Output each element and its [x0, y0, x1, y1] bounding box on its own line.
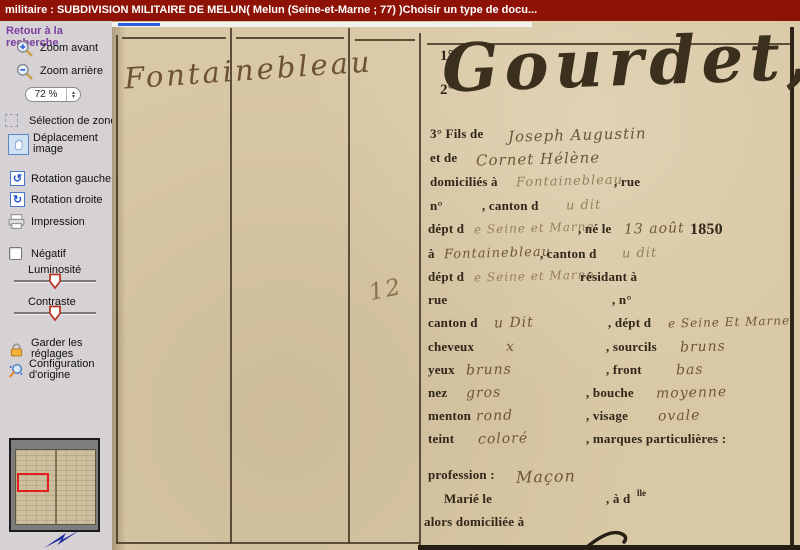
ink-flourish — [582, 526, 642, 548]
viewer-window: militaire : SUBDIVISION MILITAIRE DE MEL… — [0, 0, 800, 550]
padlock-icon — [8, 341, 25, 358]
doc-text-segment: 2° — [440, 82, 454, 99]
doc-text-segment: , à d — [606, 491, 630, 507]
page-top-edge — [112, 22, 532, 27]
doc-text-segment: 1° — [440, 48, 454, 65]
print-label: Impression — [31, 216, 85, 228]
doc-text-segment: u dit — [566, 198, 602, 214]
doc-text-segment: coloré — [478, 430, 529, 447]
contrast-slider[interactable] — [12, 304, 98, 326]
doc-text-segment: profession : — [428, 467, 495, 483]
doc-text-segment: menton — [428, 408, 471, 424]
doc-text-segment: Fontainebleau — [516, 173, 623, 191]
handwritten-column-number: 12 — [367, 274, 405, 306]
doc-text-segment: , canton d — [540, 246, 597, 262]
doc-text-segment: u dit — [622, 246, 658, 262]
original-config-label-line2: d'origine — [29, 370, 94, 381]
doc-text-segment: x — [506, 339, 515, 355]
ruled-line — [348, 28, 350, 543]
toolbar-sidebar: Retour à la recherche Zoom avant Zoom ar… — [0, 21, 112, 550]
doc-text-segment: yeux — [428, 362, 455, 378]
doc-text-segment: Marié le — [444, 491, 492, 507]
slider-thumb-icon[interactable] — [49, 273, 62, 295]
rotate-left-icon: ↺ — [10, 171, 25, 186]
doc-text-segment: e Seine et Marne — [474, 219, 595, 236]
ruled-line — [419, 33, 421, 545]
doc-text-segment: , dépt d — [608, 315, 651, 331]
negative-label: Négatif — [31, 248, 66, 260]
doc-text-segment: e Seine Et Marne — [668, 313, 790, 330]
doc-text-segment: , bouche — [586, 385, 634, 401]
doc-text-segment: et de — [430, 150, 457, 166]
doc-text-segment: , sourcils — [606, 339, 657, 355]
ruled-line — [236, 37, 344, 39]
printer-icon — [7, 213, 26, 230]
stepper-arrows-icon[interactable]: ▲▼ — [66, 88, 80, 101]
move-image-label-line2: image — [33, 144, 98, 155]
zone-selection-label: Sélection de zone — [29, 115, 116, 127]
doc-text-segment: Cornet Hélène — [476, 148, 601, 169]
rotate-left-label: Rotation gauche — [31, 173, 111, 185]
doc-text-segment: résidant à — [580, 269, 637, 285]
rotate-right-button[interactable]: ↻ Rotation droite — [10, 192, 103, 207]
magnifier-plus-icon — [15, 39, 33, 57]
doc-text-segment: rue — [428, 292, 447, 308]
thumbnail-viewport-rect[interactable] — [17, 473, 49, 492]
handwritten-place-name: Fontainebleau — [123, 44, 373, 95]
blue-edge-mark — [118, 23, 160, 26]
doc-text-segment: Joseph Augustin — [508, 124, 647, 146]
doc-text-segment: , n° — [612, 292, 632, 308]
doc-text-segment: dépt d — [428, 221, 464, 237]
ruled-line — [122, 37, 226, 39]
ruled-line — [355, 39, 415, 41]
ruled-line — [790, 27, 794, 550]
zoom-in-label: Zoom avant — [40, 42, 98, 54]
window-title-bar: militaire : SUBDIVISION MILITAIRE DE MEL… — [0, 0, 800, 21]
zoom-level-stepper[interactable]: 72 % ▲▼ — [25, 87, 81, 102]
doc-text-segment: bruns — [680, 338, 726, 355]
doc-text-segment: cheveux — [428, 339, 474, 355]
doc-text-segment: alors domiciliée à — [424, 514, 524, 530]
doc-text-segment: 3° Fils de — [430, 126, 483, 142]
brightness-slider[interactable] — [12, 272, 98, 294]
doc-text-segment: , né le — [578, 221, 612, 237]
doc-text-segment: Maçon — [516, 466, 576, 487]
doc-text-segment: Fontainebleau — [444, 245, 551, 263]
zoom-in-button[interactable]: Zoom avant — [15, 39, 98, 57]
document-image[interactable]: Fontainebleau Gourdet, 12 1°2°3° Fils de… — [112, 21, 800, 550]
magnifier-minus-icon — [15, 62, 33, 80]
checkbox-icon[interactable] — [9, 247, 22, 260]
move-image-button[interactable]: Déplacement image — [8, 133, 98, 155]
doc-text-segment: domiciliés à — [430, 174, 498, 190]
doc-text-segment: , front — [606, 362, 642, 378]
magnifier-config-icon — [7, 362, 24, 379]
doc-text-segment: u Dit — [494, 314, 534, 331]
doc-text-segment: bas — [676, 362, 704, 379]
keep-settings-button[interactable]: Garder les réglages — [8, 338, 82, 360]
doc-text-segment: rond — [476, 408, 514, 425]
handwritten-surname: Gourdet, — [441, 21, 800, 107]
rotate-right-label: Rotation droite — [31, 194, 103, 206]
doc-text-segment: , marques particulières : — [586, 431, 726, 447]
original-config-button[interactable]: Configuration d'origine — [7, 359, 94, 381]
ruled-line — [116, 35, 118, 543]
negative-toggle[interactable]: Négatif — [9, 247, 66, 260]
rotate-left-button[interactable]: ↺ Rotation gauche — [10, 171, 111, 186]
thumbnail-page-gutter — [55, 450, 57, 524]
doc-text-segment: , canton d — [482, 198, 539, 214]
doc-text-segment: bruns — [466, 361, 512, 378]
zoom-out-label: Zoom arrière — [40, 65, 103, 77]
doc-text-segment: teint — [428, 431, 454, 447]
doc-text-segment: ovale — [658, 407, 701, 424]
doc-text-segment: , visage — [586, 408, 628, 424]
print-button[interactable]: Impression — [7, 213, 85, 230]
doc-text-segment: 13 août — [624, 220, 685, 238]
doc-text-segment: n° — [430, 198, 443, 214]
arrow-logo-icon — [44, 530, 80, 550]
zone-selection-button[interactable]: Sélection de zone — [5, 114, 116, 127]
window-title: militaire : SUBDIVISION MILITAIRE DE MEL… — [5, 4, 537, 16]
zoom-level-value: 72 % — [26, 89, 66, 100]
ruled-line — [230, 28, 232, 543]
doc-text-segment: canton d — [428, 315, 478, 331]
doc-text-segment: , rue — [614, 174, 640, 190]
thumbnail-navigator[interactable] — [9, 438, 100, 532]
hand-icon — [8, 134, 29, 155]
doc-text-segment: gros — [466, 385, 502, 402]
doc-text-segment: 1850 — [690, 221, 723, 239]
rotate-right-icon: ↻ — [10, 192, 25, 207]
doc-text-segment: à — [428, 246, 435, 262]
ruled-line — [116, 542, 419, 544]
doc-text-segment: dépt d — [428, 269, 464, 285]
slider-thumb-icon[interactable] — [49, 305, 62, 327]
selection-dashed-icon — [5, 114, 18, 127]
doc-text-segment: nez — [428, 385, 447, 401]
doc-text-segment: lle — [637, 488, 646, 498]
zoom-out-button[interactable]: Zoom arrière — [15, 62, 103, 80]
doc-text-segment: moyenne — [656, 384, 728, 402]
